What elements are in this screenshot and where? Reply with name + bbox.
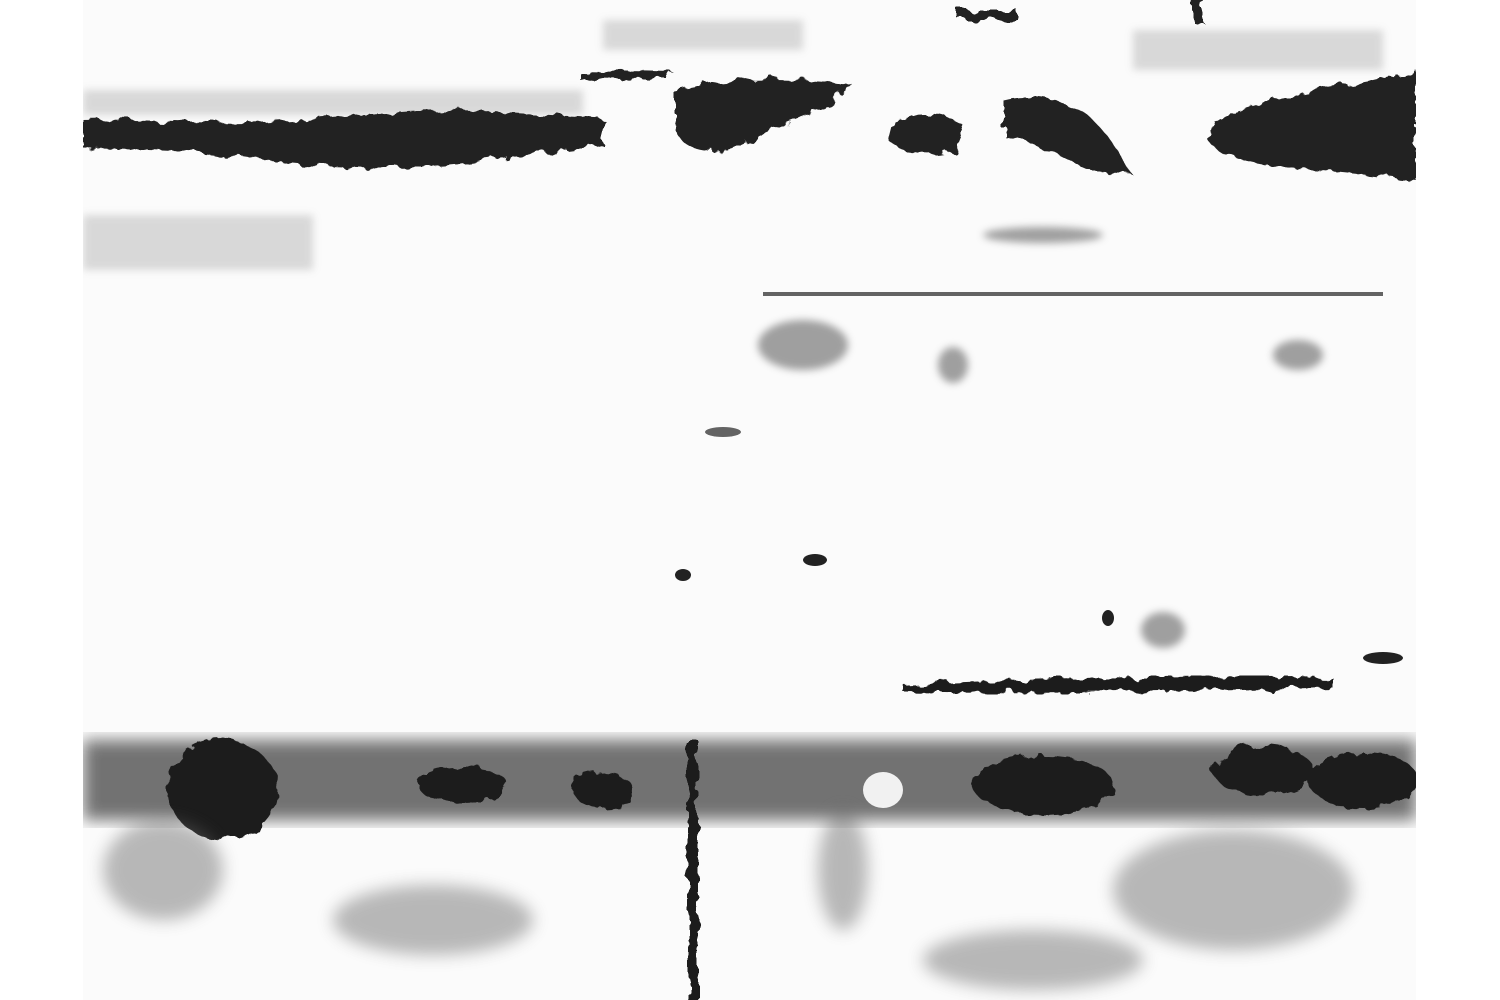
grunge-texture-photo	[83, 0, 1416, 1000]
texture-art	[83, 0, 1416, 1000]
